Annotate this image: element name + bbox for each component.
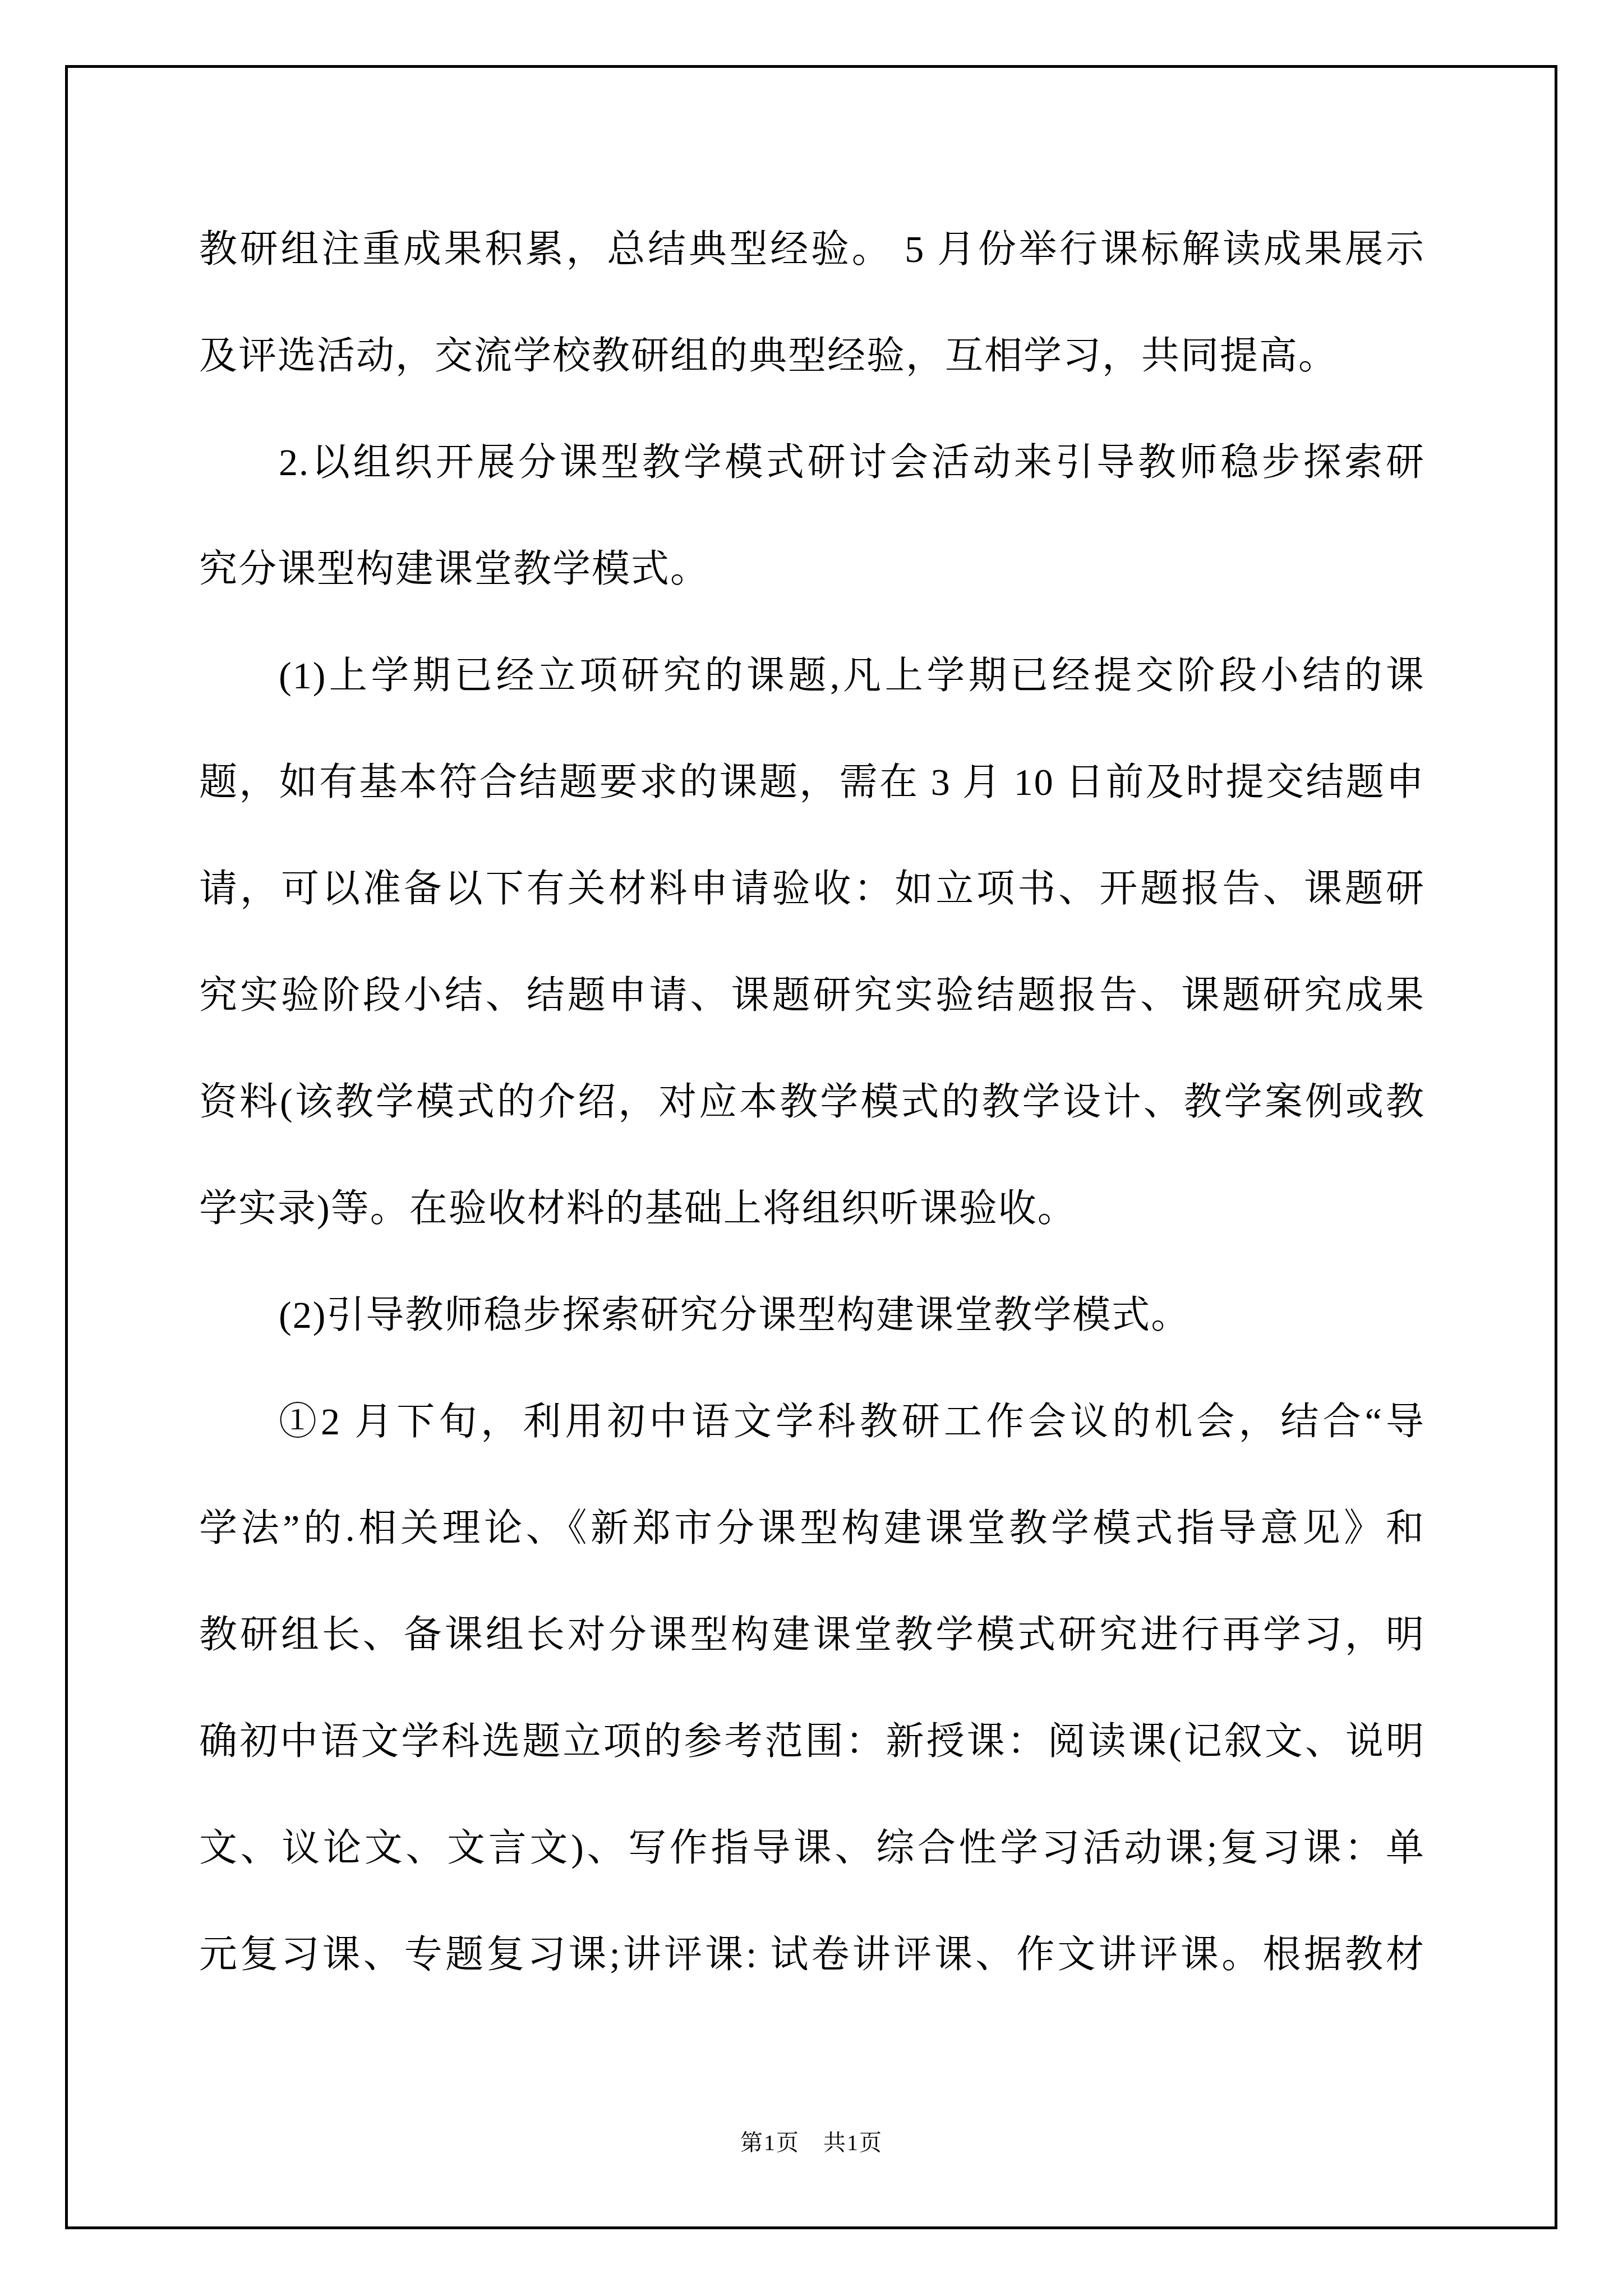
text-line: (2)引导教师稳步探索研究分课型构建课堂教学模式。 bbox=[199, 1262, 1425, 1368]
text-line: 2.以组织开展分课型教学模式研讨会活动来引导教师稳步探索研 bbox=[199, 409, 1425, 516]
text-line: 教研组注重成果积累，总结典型经验。 5 月份举行课标解读成果展示 bbox=[199, 196, 1425, 302]
text-line: 资料(该教学模式的介绍，对应本教学模式的教学设计、教学案例或教 bbox=[199, 1048, 1425, 1155]
document-text-block: 教研组注重成果积累，总结典型经验。 5 月份举行课标解读成果展示 及评选活动，交… bbox=[199, 196, 1425, 2008]
text-line: 元复习课、专题复习课;讲评课: 试卷讲评课、作文讲评课。根据教材 bbox=[199, 1901, 1425, 2008]
text-line: 学法”的.相关理论、《新郑市分课型构建课堂教学模式指导意见》和 bbox=[199, 1475, 1425, 1581]
page-number-footer: 第1页 共1页 bbox=[0, 2125, 1623, 2157]
text-line: (1)上学期已经立项研究的课题,凡上学期已经提交阶段小结的课 bbox=[199, 622, 1425, 729]
text-line: 题，如有基本符合结题要求的课题，需在 3 月 10 日前及时提交结题申 bbox=[199, 729, 1425, 835]
text-line: 请，可以准备以下有关材料申请验收：如立项书、开题报告、课题研 bbox=[199, 835, 1425, 942]
text-line: 究分课型构建课堂教学模式。 bbox=[199, 516, 1425, 622]
text-line: 教研组长、备课组长对分课型构建课堂教学模式研究进行再学习，明 bbox=[199, 1581, 1425, 1688]
text-line: ①2 月下旬，利用初中语文学科教研工作会议的机会，结合“导 bbox=[199, 1368, 1425, 1475]
text-line: 文、议论文、文言文)、写作指导课、综合性学习活动课;复习课：单 bbox=[199, 1795, 1425, 1901]
text-line: 确初中语文学科选题立项的参考范围：新授课：阅读课(记叙文、说明 bbox=[199, 1688, 1425, 1795]
text-line: 学实录)等。在验收材料的基础上将组织听课验收。 bbox=[199, 1155, 1425, 1262]
text-line: 究实验阶段小结、结题申请、课题研究实验结题报告、课题研究成果 bbox=[199, 942, 1425, 1048]
text-line: 及评选活动，交流学校教研组的典型经验，互相学习，共同提高。 bbox=[199, 302, 1425, 409]
